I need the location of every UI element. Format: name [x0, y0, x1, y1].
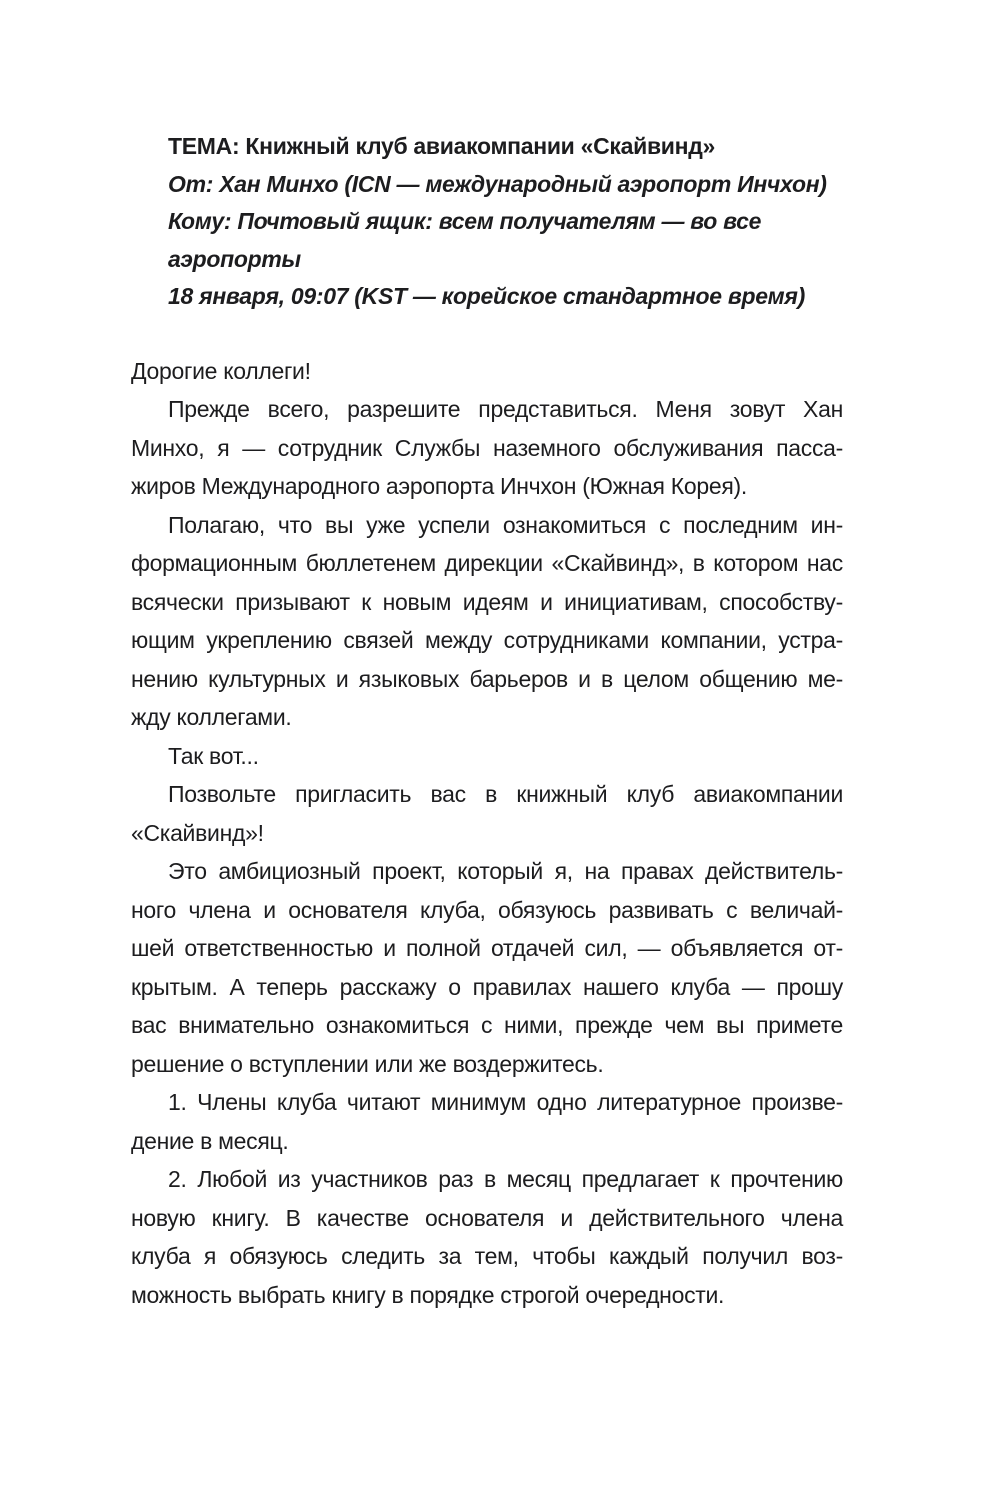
paragraph-rule-1: 1. Члены клуба читают минимум одно литер…	[131, 1083, 843, 1160]
paragraph-rule-2: 2. Любой из участников раз в месяц предл…	[131, 1160, 843, 1314]
paragraph-greeting: Дорогие коллеги!	[131, 352, 843, 391]
paragraph-so: Так вот...	[131, 737, 843, 776]
text-line: решение о вступлении или же воздержитесь…	[131, 1045, 843, 1084]
email-date-line: 18 января, 09:07 (KST — корейское станда…	[168, 278, 843, 316]
text-line: Это амбициозный проект, который я, на пр…	[131, 852, 843, 891]
text-line: ного члена и основателя клуба, обязуюсь …	[131, 891, 843, 930]
email-from-line: От: Хан Минхо (ICN — международный аэроп…	[168, 166, 843, 204]
text-line: 2. Любой из участников раз в месяц предл…	[131, 1160, 843, 1199]
text-line: формационным бюллетенем дирекции «Скайви…	[131, 544, 843, 583]
text-line: вас внимательно ознакомиться с ними, пре…	[131, 1006, 843, 1045]
email-header: ТЕМА: Книжный клуб авиакомпании «Скайвин…	[168, 128, 843, 316]
paragraph-project: Это амбициозный проект, который я, на пр…	[131, 852, 843, 1083]
paragraph-invitation: Позвольте пригласить вас в книжный клуб …	[131, 775, 843, 852]
book-page: ТЕМА: Книжный клуб авиакомпании «Скайвин…	[0, 0, 1000, 1507]
text-line: шей ответственностью и полной отдачей си…	[131, 929, 843, 968]
text-line: Дорогие коллеги!	[131, 352, 843, 391]
text-line: всячески призывают к новым идеям и иници…	[131, 583, 843, 622]
text-line: крытым. А теперь расскажу о правилах наш…	[131, 968, 843, 1007]
text-line: можность выбрать книгу в порядке строгой…	[131, 1276, 843, 1315]
letter-body: Дорогие коллеги! Прежде всего, разрешите…	[131, 352, 843, 1315]
text-line: клуба я обязуюсь следить за тем, чтобы к…	[131, 1237, 843, 1276]
text-line: Минхо, я — сотрудник Службы наземного об…	[131, 429, 843, 468]
text-line: нению культурных и языковых барьеров и в…	[131, 660, 843, 699]
text-line: 1. Члены клуба читают минимум одно литер…	[131, 1083, 843, 1122]
text-line: Прежде всего, разрешите представиться. М…	[131, 390, 843, 429]
text-line: жду коллегами.	[131, 698, 843, 737]
text-line: жиров Международного аэропорта Инчхон (Ю…	[131, 467, 843, 506]
text-line: ющим укреплению связей между сотрудникам…	[131, 621, 843, 660]
paragraph-introduction: Прежде всего, разрешите представиться. М…	[131, 390, 843, 506]
email-to-line-continuation: аэропорты	[168, 241, 843, 279]
text-line: Позвольте пригласить вас в книжный клуб …	[131, 775, 843, 814]
text-line: Полагаю, что вы уже успели ознакомиться …	[131, 506, 843, 545]
text-line: дение в месяц.	[131, 1122, 843, 1161]
text-line: «Скайвинд»!	[131, 814, 843, 853]
page-content: ТЕМА: Книжный клуб авиакомпании «Скайвин…	[131, 128, 843, 1314]
text-line: новую книгу. В качестве основателя и дей…	[131, 1199, 843, 1238]
email-subject-line: ТЕМА: Книжный клуб авиакомпании «Скайвин…	[168, 128, 843, 166]
email-to-line: Кому: Почтовый ящик: всем получателям — …	[168, 203, 843, 241]
paragraph-bulletin: Полагаю, что вы уже успели ознакомиться …	[131, 506, 843, 737]
text-line: Так вот...	[131, 737, 843, 776]
